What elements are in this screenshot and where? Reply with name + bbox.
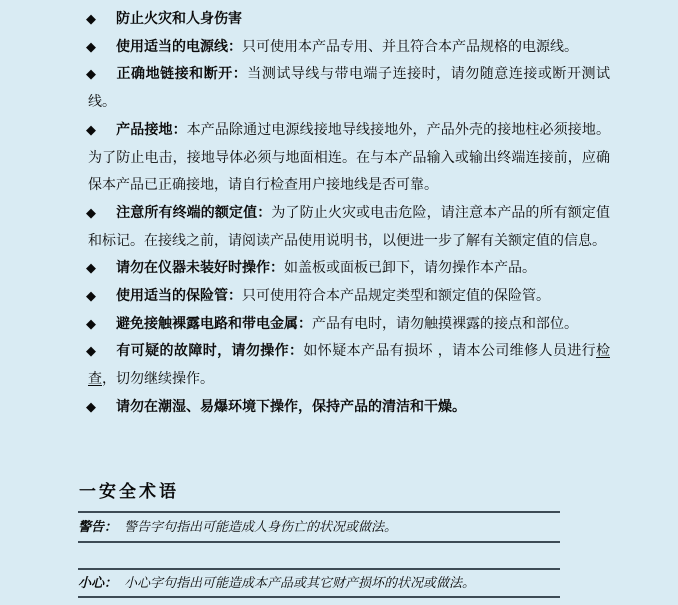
safety-item-grounding: ◆产品接地：本产品除通过电源线接地导线接地外，产品外壳的接地柱必须接地。为了防止… (88, 117, 610, 200)
safety-item-power-cord: ◆使用适当的电源线：只可使用本产品专用、并且符合本产品规格的电源线。 (88, 34, 610, 62)
diamond-bullet-icon: ◆ (86, 34, 116, 62)
safety-item-title: 产品接地： (116, 122, 187, 138)
safety-item-connect-disconnect: ◆正确地链接和断开：当测试导线与带电端子连接时，请勿随意连接或断开测试线。 (88, 61, 610, 116)
safety-item-wet-explosive: ◆请勿在潮湿、易爆环境下操作，保持产品的清洁和干燥。 (88, 394, 610, 422)
term-warning-label: 警告： (78, 520, 117, 535)
safety-item-title: 请勿在仪器未装好时操作： (116, 260, 284, 276)
diamond-bullet-icon: ◆ (86, 255, 116, 283)
diamond-bullet-icon: ◆ (86, 200, 116, 228)
safety-item-body: 产品有电时，请勿触摸裸露的接点和部位。 (312, 316, 578, 332)
safety-item-title: 使用适当的电源线： (116, 39, 242, 55)
safety-item-body: 如盖板或面板已卸下，请勿操作本产品。 (284, 260, 536, 276)
term-warning-description: 警告字句指出可能造成人身伤亡的状况或做法。 (124, 520, 397, 535)
diamond-bullet-icon: ◆ (86, 6, 116, 34)
safety-terms-heading: 一安全术语 (79, 477, 179, 502)
safety-item-exposed-circuits: ◆避免接触裸露电路和带电金属：产品有电时，请勿触摸裸露的接点和部位。 (88, 311, 610, 339)
safety-instructions-list: ◆防止火灾和人身伤害 ◆使用适当的电源线：只可使用本产品专用、并且符合本产品规格… (88, 6, 610, 422)
safety-item-title: 有可疑的故障时，请勿操作： (116, 343, 303, 359)
term-row-warning: 警告：警告字句指出可能造成人身伤亡的状况或做法。 (78, 511, 560, 543)
safety-item-title: 避免接触裸露电路和带电金属： (116, 316, 312, 332)
term-caution-label: 小心： (78, 576, 117, 591)
safety-item-body: 只可使用本产品专用、并且符合本产品规格的电源线。 (242, 39, 578, 55)
safety-item-fire: ◆防止火灾和人身伤害 (88, 6, 610, 34)
safety-item-title: 防止火灾和人身伤害 (116, 11, 242, 27)
safety-item-title: 使用适当的保险管： (116, 288, 242, 304)
safety-item-body: 如怀疑本产品有损坏 ，请本公司维修人员进行 (303, 343, 596, 359)
term-row-caution: 小心：小心字句指出可能造成本产品或其它财产损坏的状况或做法。 (78, 568, 560, 598)
safety-item-not-assembled: ◆请勿在仪器未装好时操作：如盖板或面板已卸下，请勿操作本产品。 (88, 255, 610, 283)
diamond-bullet-icon: ◆ (86, 61, 116, 89)
safety-item-title: 正确地链接和断开： (116, 66, 247, 82)
diamond-bullet-icon: ◆ (86, 394, 116, 422)
safety-item-ratings: ◆注意所有终端的额定值：为了防止火灾或电击危险，请注意本产品的所有额定值和标记。… (88, 200, 610, 255)
safety-item-title: 请勿在潮湿、易爆环境下操作，保持产品的清洁和干燥。 (116, 399, 466, 415)
safety-item-body: ，切勿继续操作。 (102, 371, 214, 387)
diamond-bullet-icon: ◆ (86, 338, 116, 366)
safety-item-body: 只可使用符合本产品规定类型和额定值的保险管。 (242, 288, 550, 304)
diamond-bullet-icon: ◆ (86, 283, 116, 311)
safety-item-suspected-failure: ◆有可疑的故障时，请勿操作：如怀疑本产品有损坏 ，请本公司维修人员进行检查，切勿… (88, 338, 610, 393)
safety-item-title: 注意所有终端的额定值： (116, 205, 271, 221)
safety-item-fuse: ◆使用适当的保险管：只可使用符合本产品规定类型和额定值的保险管。 (88, 283, 610, 311)
diamond-bullet-icon: ◆ (86, 311, 116, 339)
term-caution-description: 小心字句指出可能造成本产品或其它财产损坏的状况或做法。 (124, 576, 475, 591)
diamond-bullet-icon: ◆ (86, 117, 116, 145)
